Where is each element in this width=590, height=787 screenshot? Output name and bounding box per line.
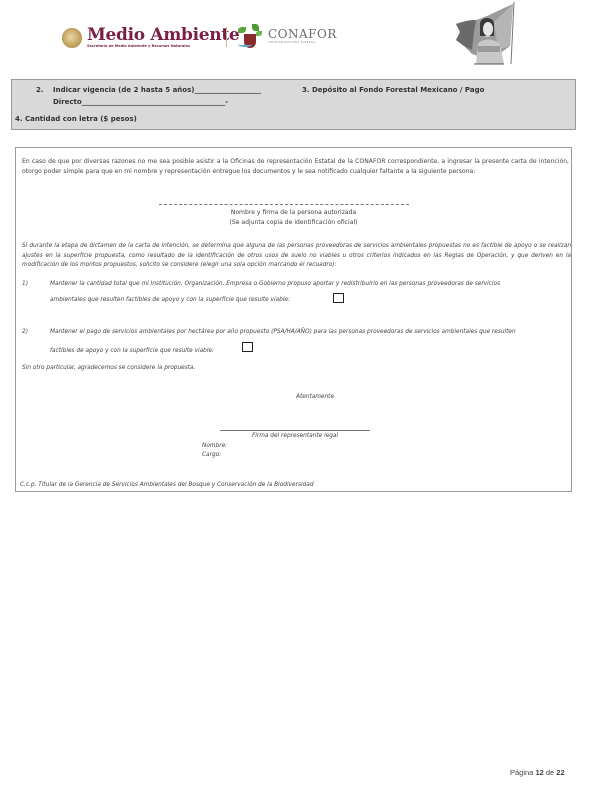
page-separator: de [544,768,557,777]
woman-with-flag-emblem-icon [454,2,520,66]
item-2-number: 2. [36,86,44,94]
option-2-text-line2: factibles de apoyo y con la superficie q… [50,348,214,354]
logo-divider [226,27,227,47]
option-1-text-line2: ambientales que resulten factibles de ap… [50,297,290,303]
salutation: Atentamente [16,394,590,400]
conafor-title: CONAFOR [268,28,337,41]
amount-in-words-field: 4. Cantidad con letra ($ pesos) [15,115,137,123]
deposit-field: 3. Depósito al Fondo Forestal Mexicano /… [302,86,484,94]
option-1-number: 1) [22,281,28,287]
option-1-checkbox[interactable] [333,293,344,303]
coat-of-arms-seal-icon [62,28,82,48]
semarnat-title: Medio Ambiente [87,26,239,44]
page-header: Medio Ambiente Secretaría de Medio Ambie… [0,0,590,72]
legal-rep-signature-line [220,430,370,431]
condition-paragraph: Si durante la etapa de dictamen de la ca… [22,242,571,271]
option-2-text-line1: Mantener el pago de servicios ambientale… [50,329,516,335]
carbon-copy-line: C.c.p. Titular de la Gerencia de Servici… [20,482,314,488]
id-copy-note: (Se adjunta copia de identificación ofic… [16,219,571,226]
validity-field: Indicar vigencia (de 2 hasta 5 años)____… [53,86,261,94]
conafor-logo: CONAFOR COMISIÓN NACIONAL FORESTAL [236,22,337,50]
closing-sentence: Sin otro particular, agradecemos se cons… [22,365,195,371]
direct-payment-field: Directo_________________________________… [53,98,228,106]
option-2-checkbox[interactable] [242,342,253,352]
power-of-attorney-paragraph: En caso de que por diversas razones no m… [22,157,569,177]
tree-logo-icon [236,22,264,50]
page-prefix: Página [510,768,535,777]
name-label: Nombre: [202,443,227,449]
authorized-signature-label: Nombre y firma de la persona autorizada [16,209,571,216]
letter-box: En caso de que por diversas razones no m… [15,147,572,492]
position-label: Cargo: [202,452,221,458]
page-number: Página 12 de 22 [510,768,565,777]
form-fields-box: 2. Indicar vigencia (de 2 hasta 5 años)_… [11,79,576,130]
total-pages: 22 [556,768,564,777]
semarnat-subtitle: Secretaría de Medio Ambiente y Recursos … [87,44,239,49]
legal-rep-signature-label: Firma del representante legal [220,433,370,439]
option-2-number: 2) [22,329,28,335]
semarnat-logo: Medio Ambiente Secretaría de Medio Ambie… [62,26,239,49]
current-page: 12 [535,768,543,777]
conafor-subtitle: COMISIÓN NACIONAL FORESTAL [268,41,337,45]
option-1-text-line1: Mantener la cantidad total que mi Instit… [50,281,500,287]
authorized-signature-line [159,204,409,205]
